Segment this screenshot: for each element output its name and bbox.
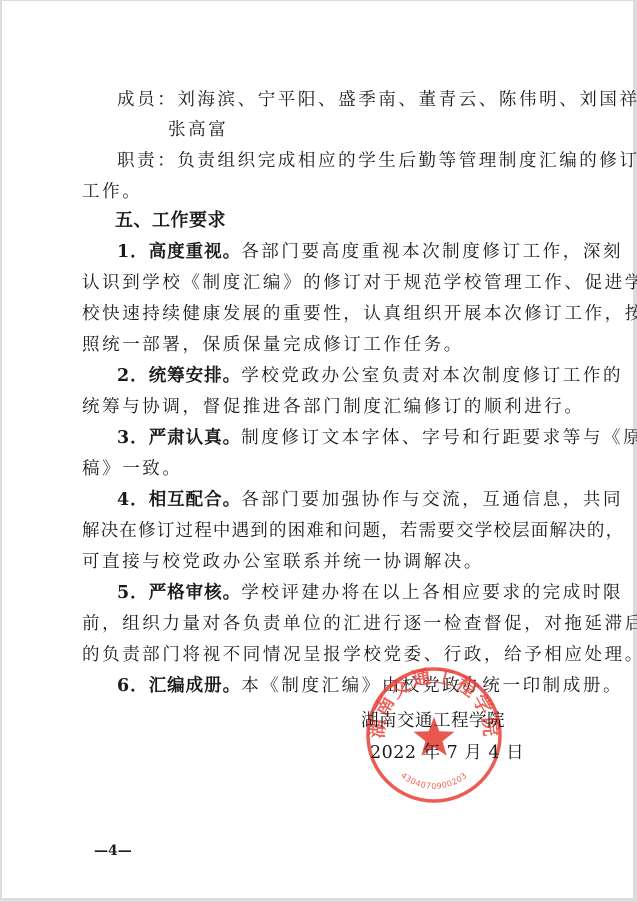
- item-5-line-2: 前，组织力量对各负责单位的汇进行逐一检查督促，对拖延滞后: [82, 613, 637, 635]
- item-4-title: 相互配合。: [149, 490, 242, 510]
- item-5-title: 严格审核。: [149, 583, 242, 603]
- item-1-title: 高度重视。: [149, 242, 242, 262]
- item-5-line-3: 的负责部门将视不同情况呈报学校党委、行政，给予相应处理。: [82, 644, 637, 666]
- members-names: 刘海滨、宁平阳、盛季南、董青云、陈伟明、刘国祥、: [177, 90, 637, 110]
- members-line-1: 成员：刘海滨、宁平阳、盛季南、董青云、陈伟明、刘国祥、: [117, 89, 637, 111]
- item-6-number: 6．: [117, 676, 149, 696]
- item-3-number: 3．: [117, 428, 149, 448]
- item-3-line-1: 3．严肃认真。制度修订文本字体、字号和行距要求等与《原: [117, 427, 637, 449]
- item-4-line-2: 解决在修订过程中遇到的困难和问题，若需要交学校层面解决的，: [82, 520, 624, 542]
- item-6-title: 汇编成册。: [149, 676, 242, 696]
- item-3-title: 严肃认真。: [149, 428, 242, 448]
- page-number: —4—: [94, 843, 132, 859]
- item-1-line-3: 校快速持续健康发展的重要性，认真组织开展本次修订工作，按: [82, 303, 637, 325]
- document-page: 成员：刘海滨、宁平阳、盛季南、董青云、陈伟明、刘国祥、 张高富 职责：负责组织完…: [2, 1, 633, 898]
- item-4-line-3: 可直接与校党政办公室联系并统一协调解决。: [82, 551, 484, 573]
- item-3-line-2: 稿》一致。: [82, 458, 183, 480]
- section-heading: 五、工作要求: [115, 210, 226, 232]
- item-6-line-1: 6．汇编成册。本《制度汇编》由校党政办统一印制成册。: [117, 675, 623, 697]
- item-4-number: 4．: [117, 490, 149, 510]
- duty-line-2: 工作。: [82, 181, 142, 203]
- members-line-2: 张高富: [168, 119, 228, 141]
- item-2-title: 统筹安排。: [149, 366, 242, 386]
- signature-date: 2022 年 7 月 4 日: [370, 739, 524, 764]
- item-5-number: 5．: [117, 583, 149, 603]
- members-label: 成员：: [117, 90, 177, 110]
- item-1-number: 1．: [117, 242, 149, 262]
- signature-organization: 湖南交通工程学院: [361, 707, 505, 732]
- svg-text:4304070900203: 4304070900203: [399, 771, 469, 791]
- seal-code: 4304070900203: [399, 771, 469, 791]
- item-1-line-2: 认识到学校《制度汇编》的修订对于规范学校管理工作、促进学: [82, 272, 637, 294]
- item-1-line-4: 照统一部署，保质保量完成修订工作任务。: [82, 334, 464, 356]
- item-2-line-1: 2．统筹安排。学校党政办公室负责对本次制度修订工作的: [117, 365, 623, 387]
- item-2-number: 2．: [117, 366, 149, 386]
- item-5-line-1: 5．严格审核。学校评建办将在以上各相应要求的完成时限: [117, 582, 623, 604]
- duty-line-1: 职责：负责组织完成相应的学生后勤等管理制度汇编的修订: [117, 150, 637, 172]
- item-4-line-1: 4．相互配合。各部门要加强协作与交流，互通信息，共同: [117, 489, 623, 511]
- item-2-line-2: 统筹与协调，督促推进各部门制度汇编修订的顺利进行。: [82, 396, 585, 418]
- item-1-line-1: 1．高度重视。各部门要高度重视本次制度修订工作，深刻: [117, 241, 623, 263]
